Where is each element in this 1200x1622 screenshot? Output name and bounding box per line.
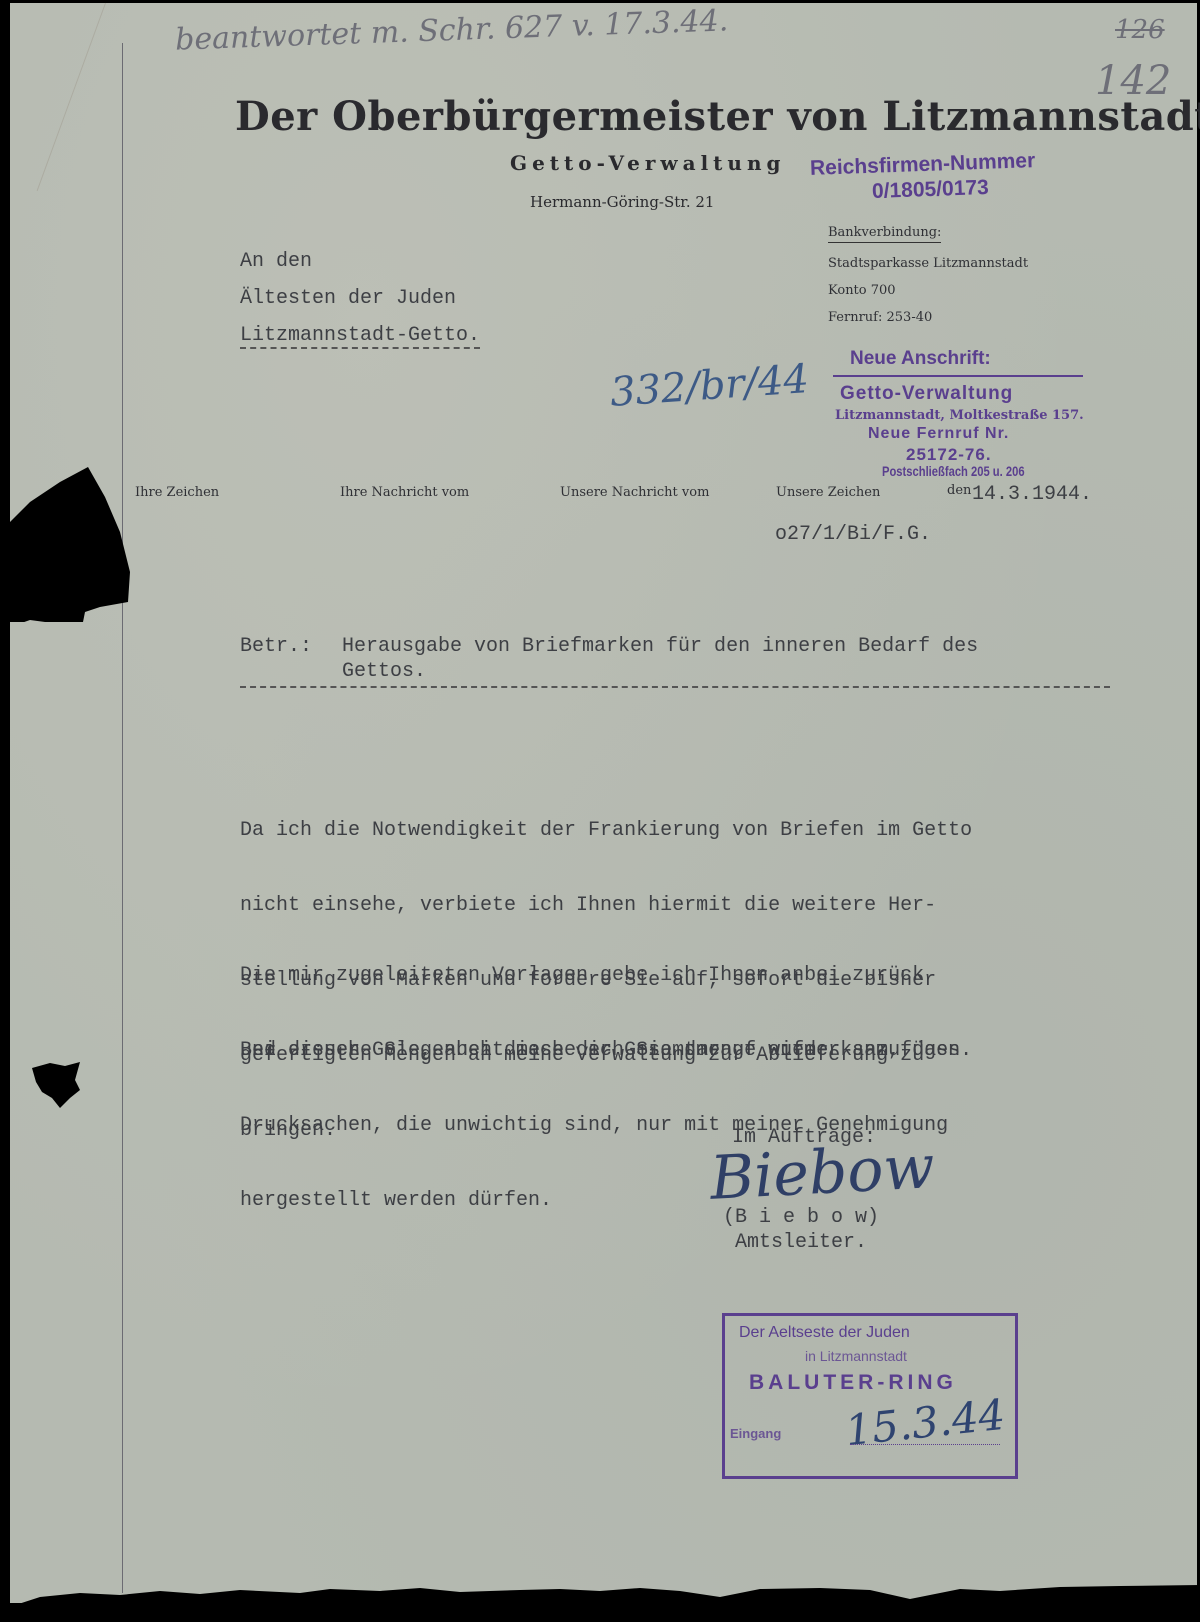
subject-underline: [240, 686, 1110, 688]
subject-line2: Gettos.: [342, 660, 426, 683]
signatory-title: Amtsleiter.: [735, 1231, 867, 1254]
bank-heading: Bankverbindung:: [828, 225, 941, 243]
letterhead-title: Der Oberbürgermeister von Litzmannstadt: [235, 93, 1200, 140]
recipient-line3: Litzmannstadt-Getto.: [240, 324, 480, 349]
letter-date: 14.3.1944.: [972, 483, 1092, 506]
our-ref-value: o27/1/Bi/F.G.: [775, 523, 931, 546]
receipt-stamp-line1: Der Aeltseste der Juden: [739, 1324, 910, 1342]
torn-bottom-edge: [0, 1585, 1200, 1622]
reich-stamp-label: Reichsfirmen-Nummer: [810, 149, 1036, 181]
new-address-org: Getto-Verwaltung: [840, 383, 1013, 405]
label-our-ref: Unsere Zeichen: [776, 485, 880, 500]
new-address-street: Litzmannstadt, Moltkestraße 157.: [835, 408, 1084, 423]
letterhead-department: Getto-Verwaltung: [510, 151, 786, 175]
receipt-date-line: [850, 1444, 1000, 1445]
receipt-stamp-label: Eingang: [730, 1426, 781, 1441]
folio-old: 126: [1115, 15, 1165, 45]
punch-hole-lower: [30, 1060, 90, 1110]
receipt-stamp-line2: in Litzmannstadt: [805, 1348, 907, 1364]
label-date: den: [947, 483, 971, 498]
receipt-stamp: Der Aeltseste der Juden in Litzmannstadt…: [722, 1313, 1018, 1479]
label-your-message: Ihre Nachricht vom: [340, 485, 469, 500]
new-address-phone: 25172-76.: [906, 445, 992, 465]
stamp-divider: [833, 375, 1083, 377]
letterhead-address: Hermann-Göring-Str. 21: [530, 193, 714, 211]
recipient-line1: An den: [240, 250, 312, 273]
torn-hole-upper: [0, 462, 140, 622]
new-address-heading: Neue Anschrift:: [850, 348, 991, 370]
new-address-po-box: Postschließfach 205 u. 206: [882, 463, 1025, 479]
handwritten-note: beantwortet m. Schr. 627 v. 17.3.44.: [175, 3, 729, 57]
signatory-name: (B i e b o w): [723, 1206, 879, 1229]
reich-stamp-number: 0/1805/0173: [872, 176, 990, 204]
recipient-line2: Ältesten der Juden: [240, 287, 456, 310]
handwritten-signature: Biebow: [708, 1132, 936, 1214]
new-address-phone-label: Neue Fernruf Nr.: [868, 425, 1009, 443]
document-page: beantwortet m. Schr. 627 v. 17.3.44. 126…: [10, 3, 1197, 1603]
label-your-ref: Ihre Zeichen: [135, 485, 219, 500]
margin-line: [122, 43, 123, 1593]
bank-phone: Fernruf: 253-40: [828, 310, 932, 325]
subject-line1: Herausgabe von Briefmarken für den inner…: [342, 635, 978, 658]
receipt-date: 15.3.44: [843, 1390, 1008, 1455]
registry-number: 332/br/44: [609, 356, 811, 416]
label-our-message: Unsere Nachricht vom: [560, 485, 709, 500]
subject-label: Betr.:: [240, 635, 312, 658]
receipt-stamp-line3: BALUTER-RING: [749, 1371, 957, 1395]
bank-account: Konto 700: [828, 283, 896, 298]
bank-name: Stadtsparkasse Litzmannstadt: [828, 256, 1028, 271]
fold-crease: [37, 3, 106, 191]
